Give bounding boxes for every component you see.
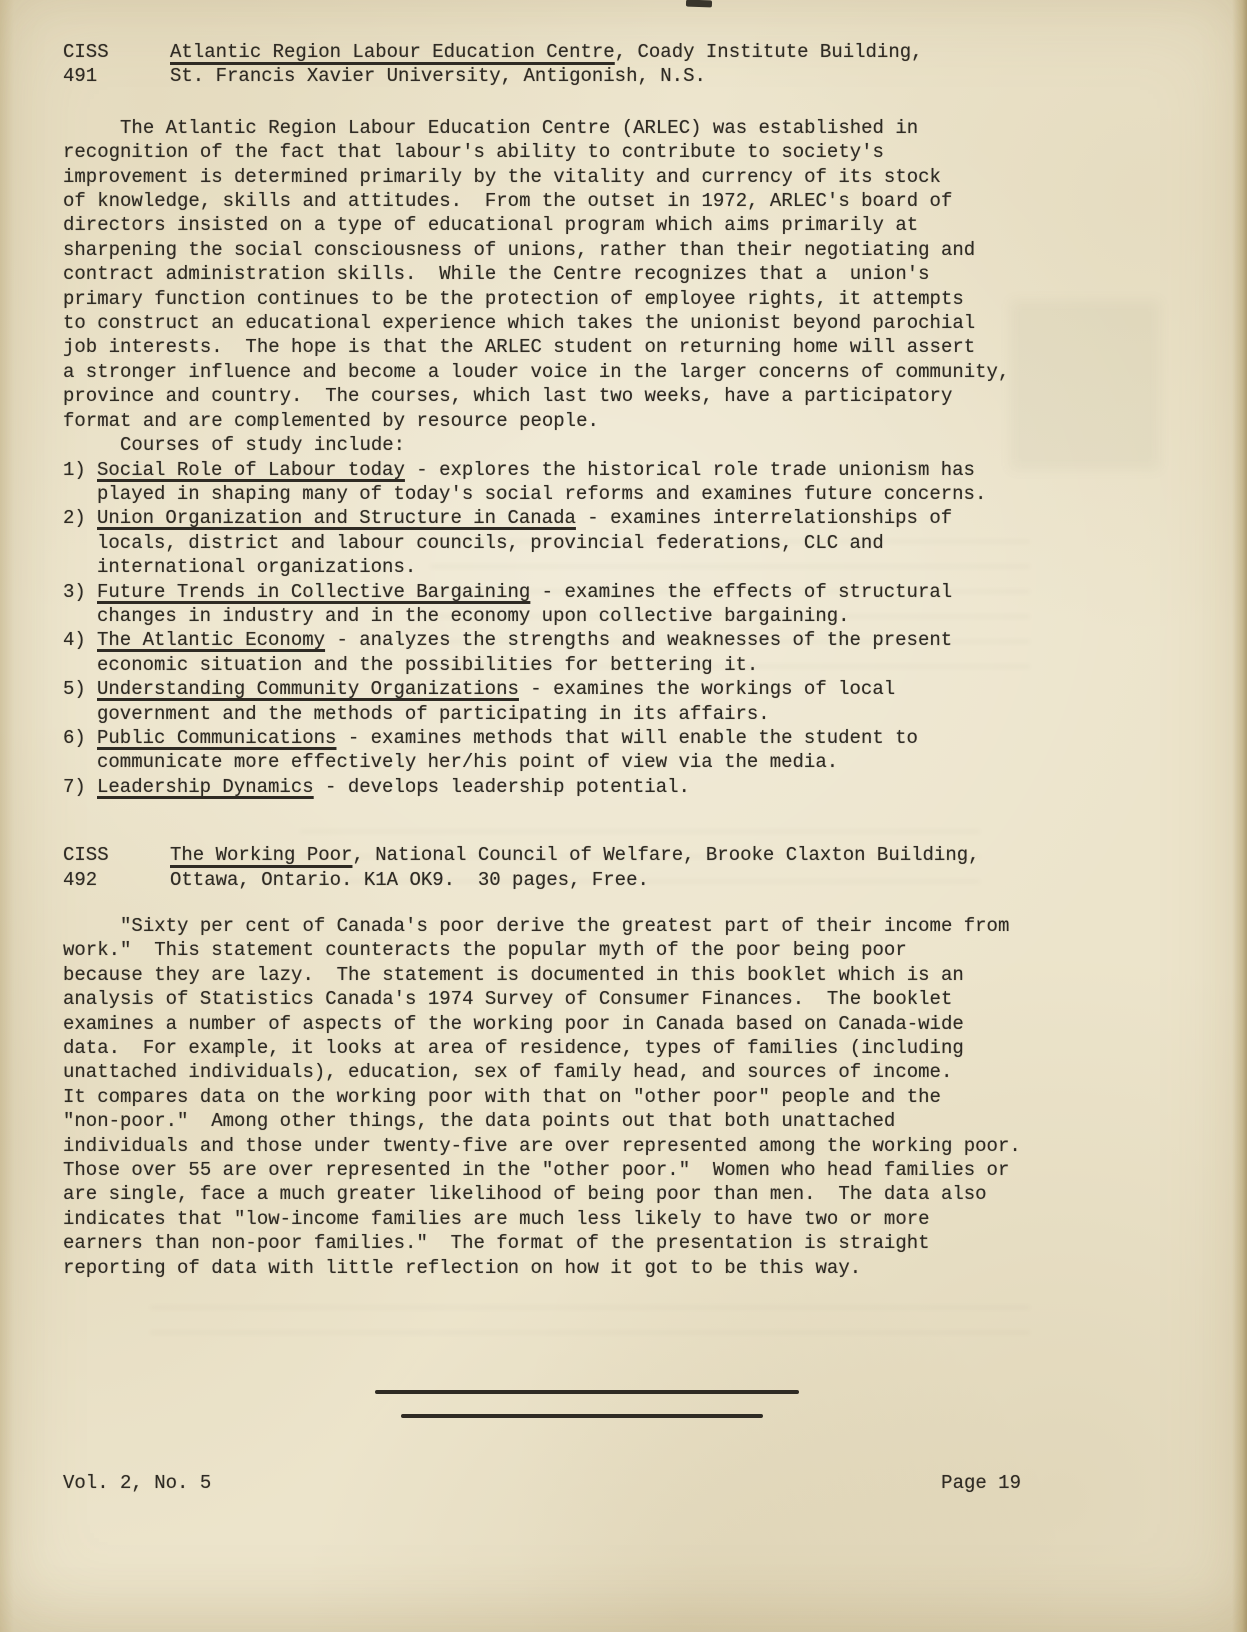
course-name: Leadership Dynamics [97,776,314,798]
catalog-number: 491 [63,64,170,88]
course-list: 1)Social Role of Labour today - explores… [63,458,1065,800]
course-item: 6)Public Communications - examines metho… [63,726,1065,775]
entry-title-suffix: , National Council of Welfare, Brooke Cl… [352,844,979,866]
volume-label: Vol. 2, No. 5 [63,1471,211,1495]
catalog-entry-492: CISS 492 The Working Poor, National Coun… [63,843,1065,1280]
entry-address: St. Francis Xavier University, Antigonis… [170,65,706,87]
course-number: 1) [63,458,86,482]
entry-body-paragraph: The Atlantic Region Labour Education Cen… [63,116,1065,433]
courses-intro: Courses of study include: [63,433,1065,457]
divider-line [375,1390,799,1394]
page-content: CISS 491 Atlantic Region Labour Educatio… [63,40,1065,1496]
course-item: 4)The Atlantic Economy - analyzes the st… [63,628,1065,677]
course-number: 7) [63,775,86,799]
catalog-code-column: CISS 492 [63,843,170,892]
entry-header: CISS 491 Atlantic Region Labour Educatio… [63,40,1065,89]
catalog-code-column: CISS 491 [63,40,170,89]
course-number: 4) [63,628,86,652]
entry-title: Atlantic Region Labour Education Centre [170,41,615,63]
course-item: 2)Union Organization and Structure in Ca… [63,506,1065,579]
catalog-code: CISS [63,40,170,64]
entry-title: The Working Poor [170,844,352,866]
entry-title-block: Atlantic Region Labour Education Centre,… [170,40,923,89]
section-divider [375,1390,1065,1418]
entry-address: Ottawa, Ontario. K1A OK9. 30 pages, Free… [170,869,649,891]
course-name: The Atlantic Economy [97,629,325,651]
catalog-number: 492 [63,868,170,892]
scan-edge-mark [686,0,712,7]
page-footer: Vol. 2, No. 5 Page 19 [63,1471,1021,1495]
course-number: 5) [63,677,86,701]
catalog-entry-491: CISS 491 Atlantic Region Labour Educatio… [63,40,1065,799]
course-name: Union Organization and Structure in Cana… [97,507,576,529]
entry-body-paragraph: "Sixty per cent of Canada's poor derive … [63,914,1065,1280]
page-number: Page 19 [941,1471,1021,1495]
entry-title-suffix: , Coady Institute Building, [615,41,923,63]
course-name: Understanding Community Organizations [97,678,519,700]
course-item: 7)Leadership Dynamics - develops leaders… [63,775,1065,799]
course-number: 2) [63,506,86,530]
catalog-code: CISS [63,843,170,867]
course-item: 1)Social Role of Labour today - explores… [63,458,1065,507]
course-number: 6) [63,726,86,750]
entry-header: CISS 492 The Working Poor, National Coun… [63,843,1065,892]
course-name: Social Role of Labour today [97,459,405,481]
document-page: { "page": { "paper_color": "#ece4cb", "i… [0,0,1247,1632]
course-item: 3)Future Trends in Collective Bargaining… [63,580,1065,629]
course-number: 3) [63,580,86,604]
course-item: 5)Understanding Community Organizations … [63,677,1065,726]
entry-title-block: The Working Poor, National Council of We… [170,843,980,892]
course-description: - develops leadership potential. [314,776,690,798]
course-name: Public Communications [97,727,336,749]
divider-line [401,1414,763,1418]
course-name: Future Trends in Collective Bargaining [97,581,530,603]
